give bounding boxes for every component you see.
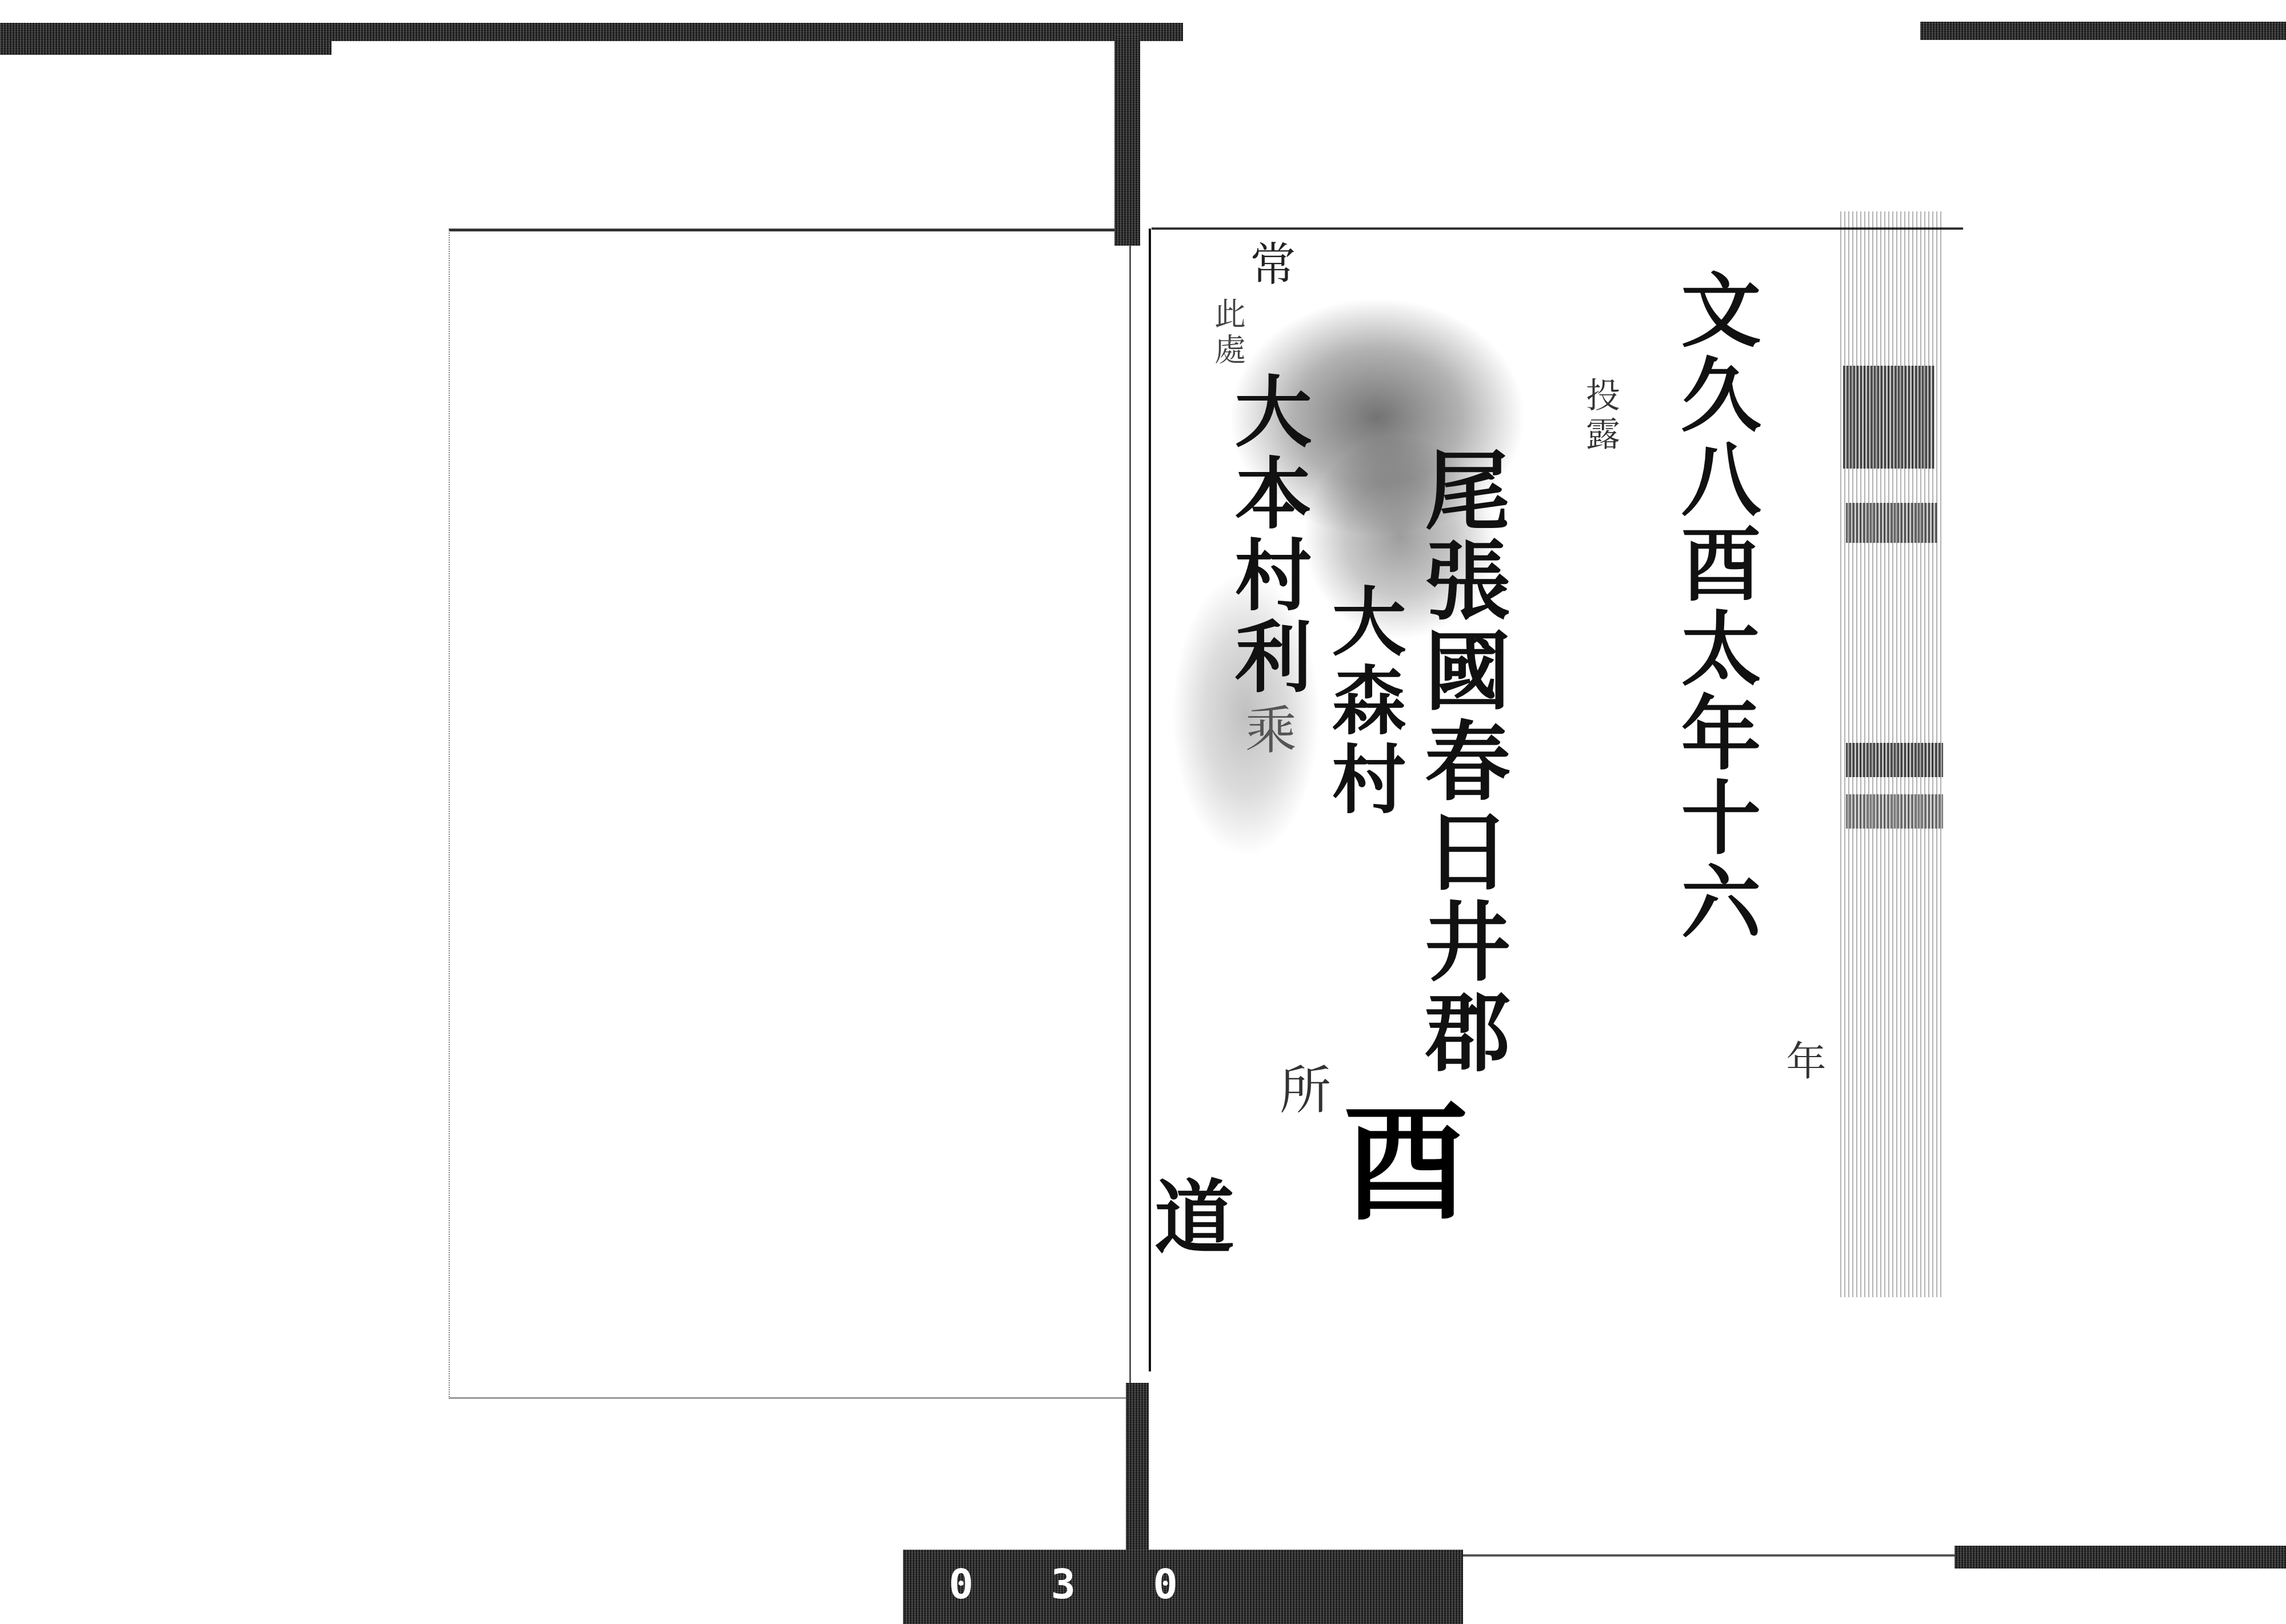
top-binding-strip-right xyxy=(1920,22,2286,40)
village-name-column: 大森村 xyxy=(1326,583,1400,819)
page-fold-edge xyxy=(1129,231,1131,1397)
bleed-through-dark xyxy=(1846,794,1943,829)
faint-text: 乘 xyxy=(1240,703,1292,759)
signature-mark: 所 xyxy=(1274,1063,1326,1119)
bottom-binding-strip xyxy=(1955,1546,2286,1569)
small-annotation: 投露 xyxy=(1583,377,1617,455)
bleed-through-dark xyxy=(1846,503,1937,543)
heading-character: 常 xyxy=(1246,240,1292,290)
place-name-column: 尾張國春日井郡 xyxy=(1417,446,1503,1078)
date-column: 文久八酉太年十六 xyxy=(1674,269,1755,945)
person-name-column: 大本村利 xyxy=(1229,371,1306,698)
margin-note: 年 xyxy=(1783,1040,1823,1085)
seal-character: 道 xyxy=(1154,1154,1234,1269)
bleed-through-dark xyxy=(1843,366,1935,469)
far-left-note: 此處 xyxy=(1212,297,1243,369)
gutter-line xyxy=(1149,229,1151,1371)
left-blank-page xyxy=(449,229,1130,1399)
catalog-number: 0 3 0 xyxy=(949,1560,1204,1608)
bleed-through-dark xyxy=(1846,743,1943,777)
book-spine-bottom xyxy=(1126,1383,1149,1554)
top-binding-strip-lower xyxy=(0,39,331,55)
large-character: 酉 xyxy=(1343,1063,1469,1243)
bottom-page-edge xyxy=(1463,1554,1960,1557)
book-spine-top xyxy=(1114,34,1140,246)
document-scan: 文久八酉太年十六 年 投露 尾張國春日井郡 大森村 大本村利 常 此處 乘 所 … xyxy=(0,0,2286,1624)
